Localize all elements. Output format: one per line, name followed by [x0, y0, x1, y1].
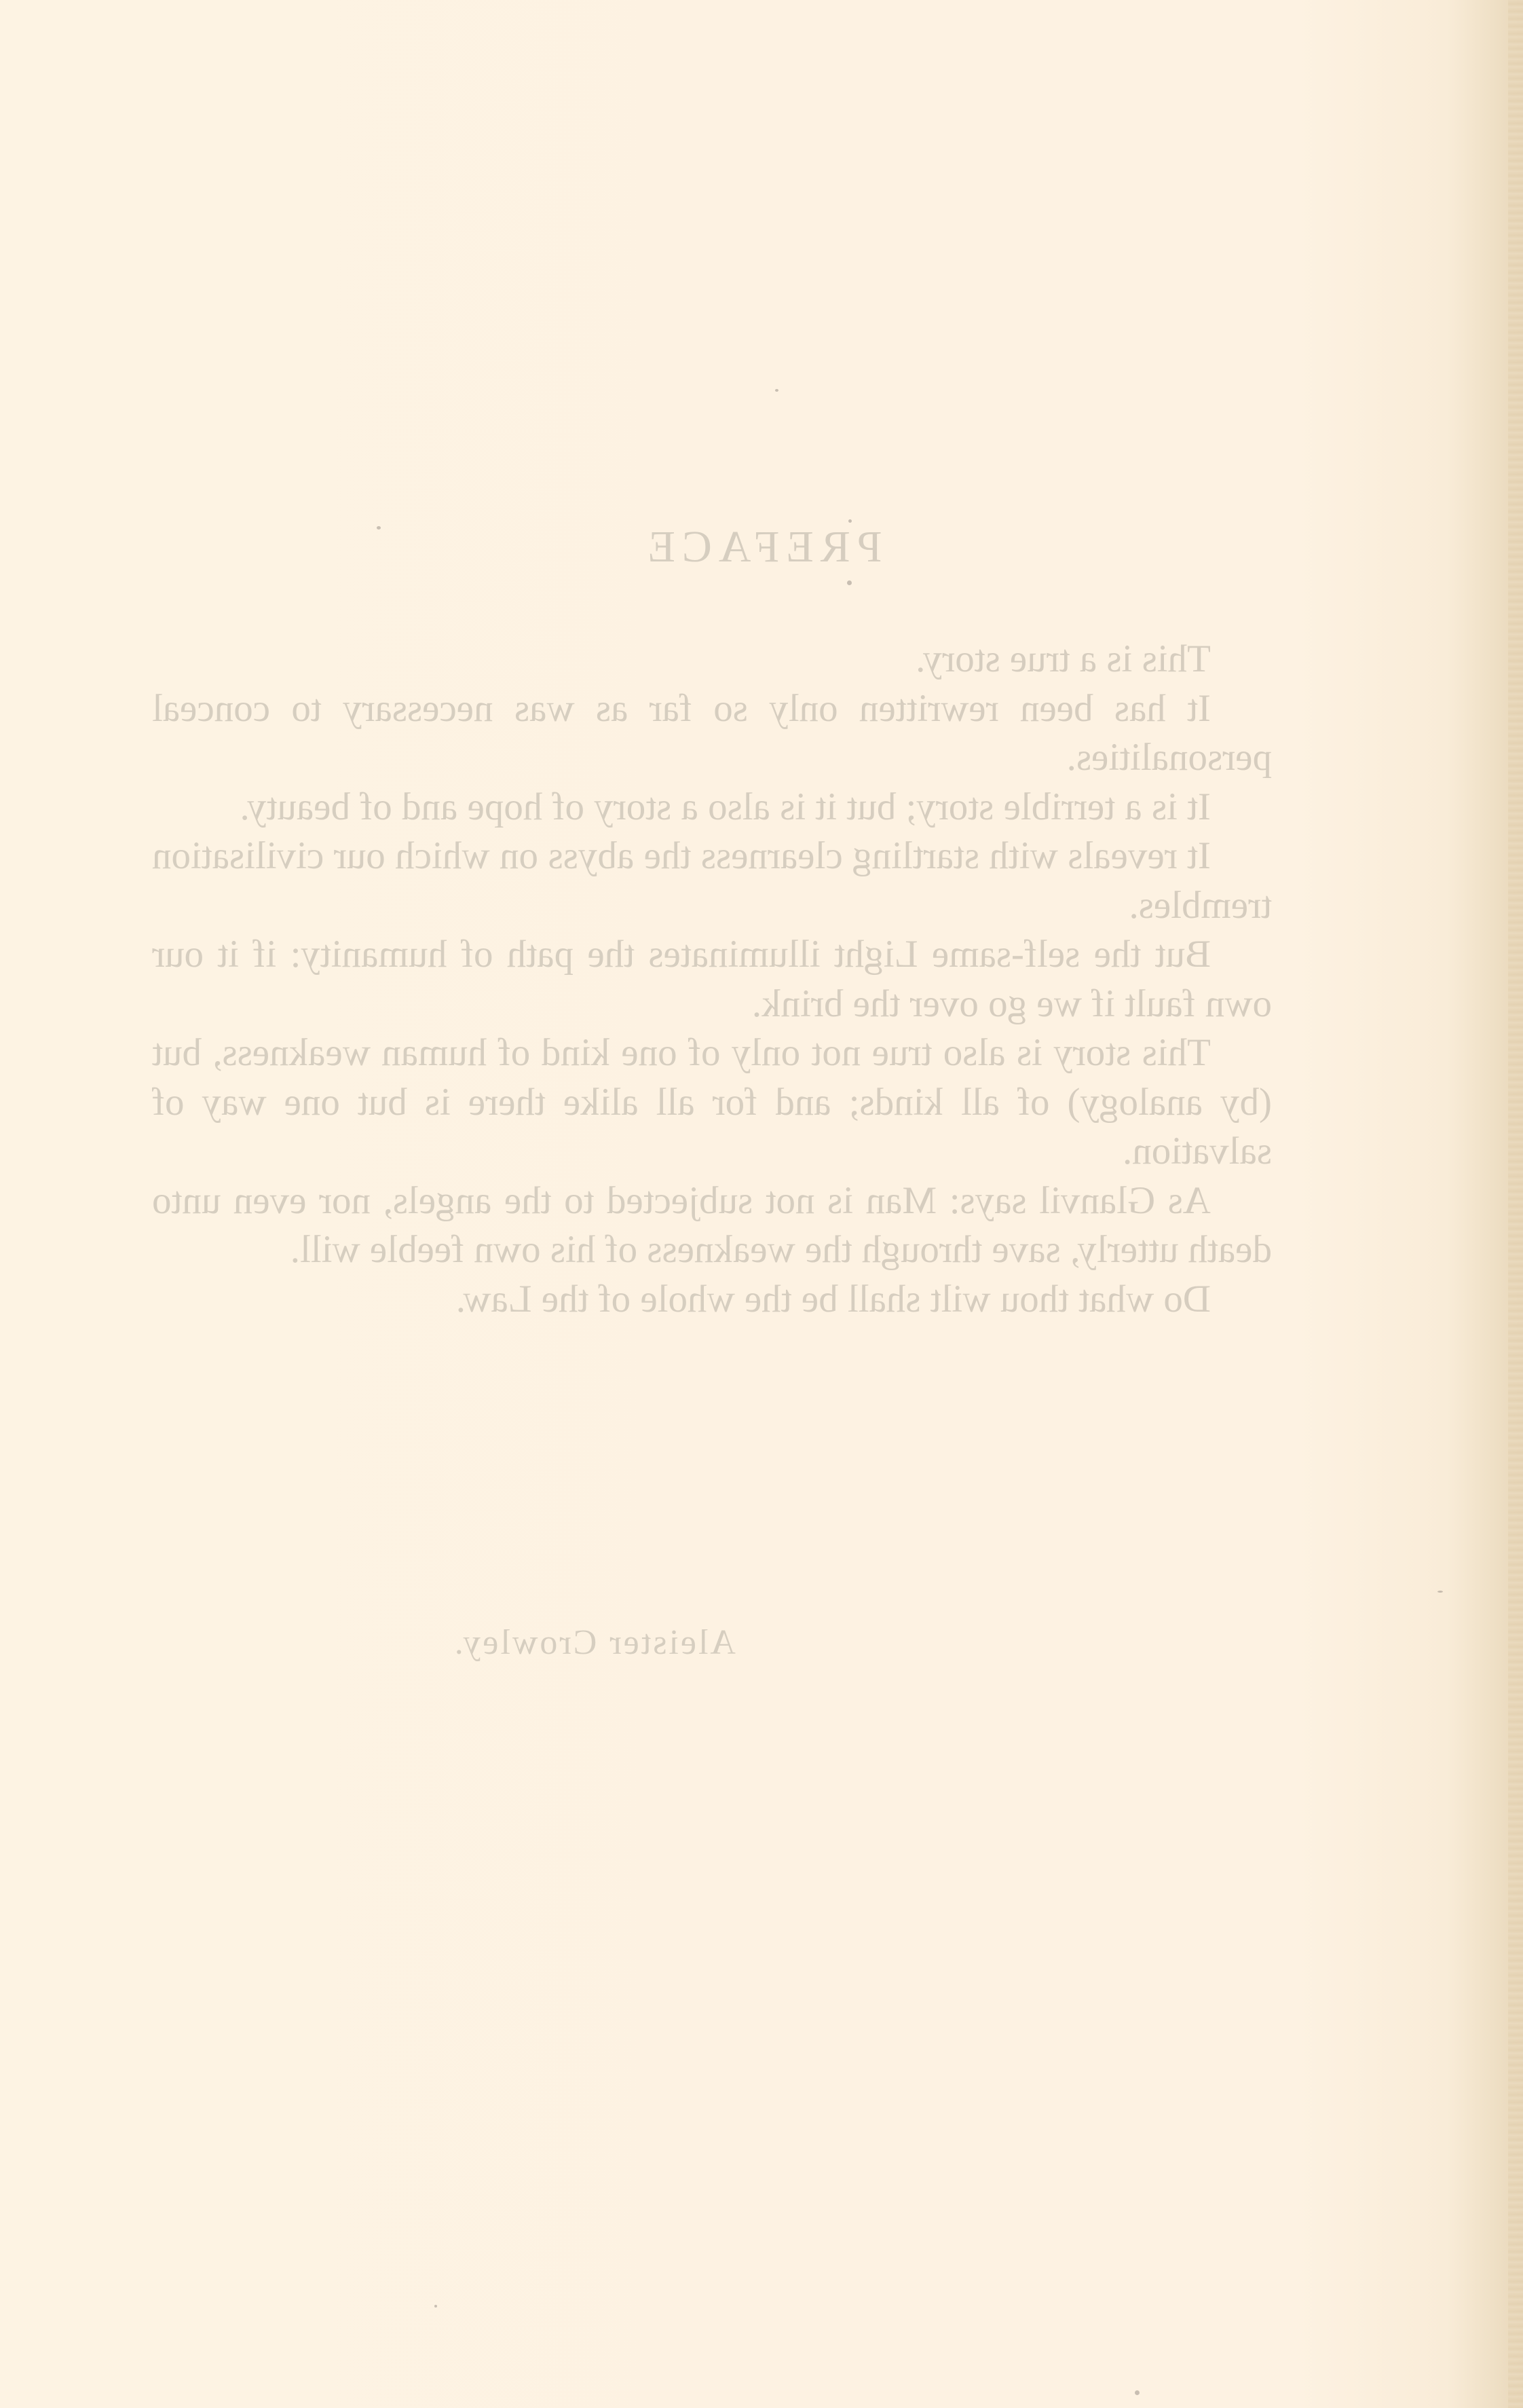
paragraph: It is a terrible story; but it is also a… — [152, 783, 1272, 832]
mirrored-bleed-through: PREFACE This is a true story. It has bee… — [0, 0, 1523, 2408]
preface-body: This is a true story. It has been rewrit… — [152, 635, 1272, 1324]
paper-speck — [1135, 2390, 1140, 2395]
paragraph: This is a true story. — [152, 635, 1272, 684]
paragraph: As Glanvil says: Man is not subjected to… — [152, 1177, 1272, 1275]
paper-speck — [848, 519, 852, 523]
paragraph: Do what thou wilt shall be the whole of … — [152, 1275, 1272, 1325]
paper-speck — [847, 580, 852, 585]
book-page: PREFACE This is a true story. It has bee… — [0, 0, 1523, 2408]
paragraph: But the self-same Light illuminates the … — [152, 930, 1272, 1029]
paragraph: It has been rewritten only so far as was… — [152, 684, 1272, 783]
paper-speck — [377, 526, 381, 530]
paper-speck — [434, 2305, 437, 2308]
paper-speck — [1437, 1591, 1443, 1593]
paragraph: It reveals with startling clearness the … — [152, 832, 1272, 930]
paper-speck — [775, 389, 778, 392]
author-signature: Aleister Crowley. — [453, 1623, 736, 1663]
paragraph: This story is also true not only of one … — [152, 1029, 1272, 1177]
page-heading: PREFACE — [0, 521, 1523, 573]
